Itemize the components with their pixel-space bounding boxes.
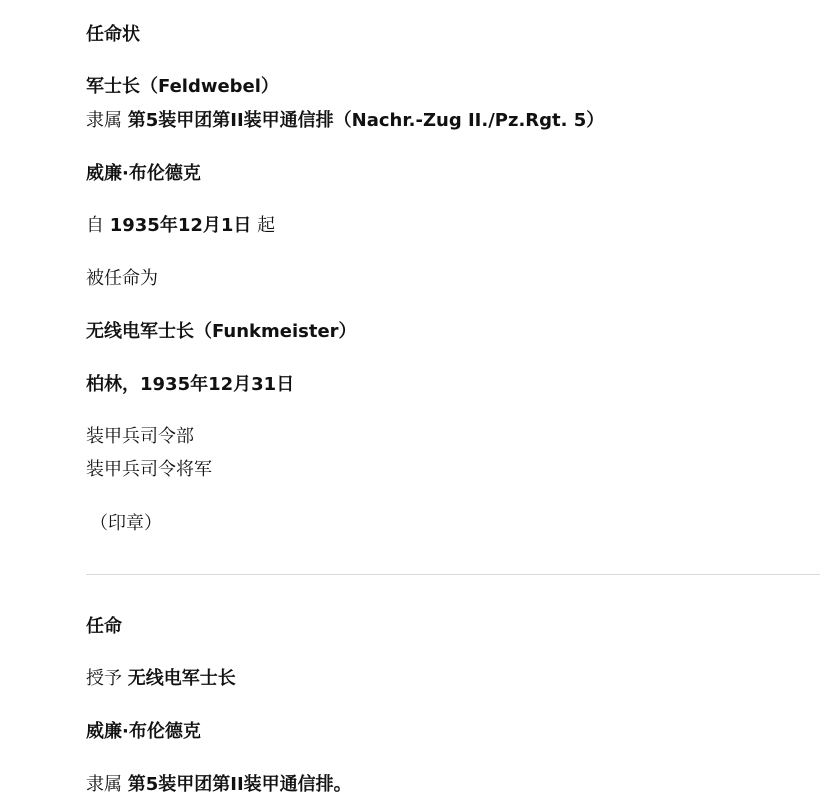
certificate-recipient-name: 威廉·布伦德克 [86,162,201,186]
unit-prefix: 隶属 [86,110,122,131]
unit-name: 第5装甲团第II装甲通信排（Nachr.-Zug II./Pz.Rgt. 5） [128,110,605,131]
unit-prefix: 隶属 [86,774,122,795]
certificate-new-rank: 无线电军士长（Funkmeister） [86,320,357,344]
effective-prefix: 自 [86,215,104,236]
certificate-title: 任命状 [86,23,140,47]
grant-prefix: 授予 [86,668,122,689]
certificate-effective-date-line: 自 1935年12月1日 起 [86,214,275,238]
appointment-recipient-name: 威廉·布伦德克 [86,720,201,744]
certificate-seal: （印章） [90,512,162,536]
effective-date: 1935年12月1日 [110,215,252,236]
section-divider [86,574,820,575]
unit-name: 第5装甲团第II装甲通信排。 [128,774,352,795]
grant-rank: 无线电军士长 [128,668,236,689]
appointment-title: 任命 [86,615,122,639]
certificate-appointed-as: 被任命为 [86,267,158,291]
certificate-unit-line: 隶属 第5装甲团第II装甲通信排（Nachr.-Zug II./Pz.Rgt. … [86,109,604,133]
certificate-rank-line: 军士长（Feldwebel） [86,75,279,99]
appointment-grant-line: 授予 无线电军士长 [86,667,236,691]
certificate-issuer-title: 装甲兵司令将军 [86,458,212,482]
certificate-issuer-office: 装甲兵司令部 [86,425,194,449]
appointment-unit-line: 隶属 第5装甲团第II装甲通信排。 [86,773,352,797]
certificate-place-date: 柏林，1935年12月31日 [86,373,294,397]
effective-suffix: 起 [257,215,275,236]
